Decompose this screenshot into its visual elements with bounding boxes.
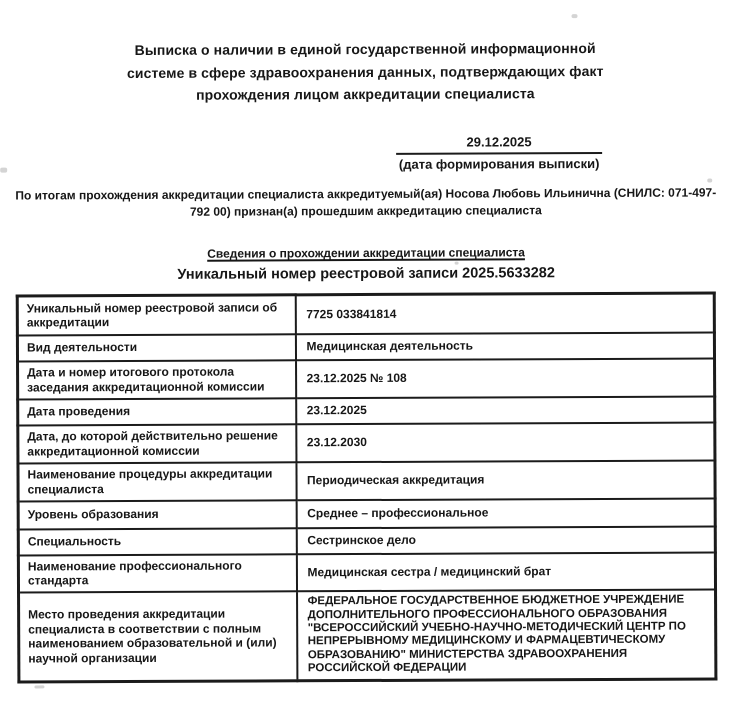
table-row: Дата и номер итогового протокола заседан… [18, 358, 715, 399]
scan-speck [0, 168, 7, 173]
row-value: Медицинская сестра / медицинский брат [296, 552, 715, 591]
extract-date: 29.12.2025 [396, 134, 602, 155]
accreditation-table: Уникальный номер реестровой записи об ак… [16, 291, 718, 683]
row-value: 23.12.2030 [296, 422, 715, 462]
scanned-document-page: Выписка о наличии в единой государственн… [0, 0, 733, 713]
extract-date-block: 29.12.2025 (дата формирования выписки) [396, 134, 602, 173]
document-title-line: системе в сфере здравоохранения данных, … [0, 59, 732, 85]
extract-date-caption: (дата формирования выписки) [396, 154, 602, 173]
table-row: Уровень образования Среднее – профессион… [18, 498, 715, 529]
row-label: Наименование процедуры аккредитации спец… [18, 462, 296, 501]
document-title-line: прохождения лицом аккредитации специалис… [0, 81, 732, 107]
row-label: Наименование профессионального стандарта [18, 554, 296, 592]
scan-speck [455, 262, 459, 265]
row-value: Сестринское дело [296, 526, 715, 554]
document-sheet: Выписка о наличии в единой государственн… [0, 0, 733, 713]
row-label: Вид деятельности [17, 334, 295, 361]
row-label: Уникальный номер реестровой записи об ак… [17, 295, 295, 335]
row-value: Среднее – профессиональное [296, 498, 715, 528]
intro-paragraph: По итогам прохождения аккредитации специ… [0, 184, 732, 221]
table-row: Наименование процедуры аккредитации спец… [18, 460, 715, 501]
document-title: Выписка о наличии в единой государственн… [0, 36, 732, 107]
row-label: Уровень образования [18, 500, 296, 529]
section-heading: Сведения о прохождении аккредитации спец… [0, 244, 733, 261]
row-value: 7725 033841814 [295, 293, 714, 334]
table-row: Специальность Сестринское дело [18, 526, 715, 555]
intro-line: 792 00) признан(а) прошедшим аккредитаци… [0, 201, 732, 221]
intro-line: По итогам прохождения аккредитации специ… [0, 184, 732, 204]
table-row: Уникальный номер реестровой записи об ак… [17, 293, 714, 335]
scan-speck [34, 685, 44, 688]
scan-speck [707, 178, 712, 182]
row-label: Место проведения аккредитации специалист… [19, 591, 297, 682]
document-title-line: Выписка о наличии в единой государственн… [0, 36, 732, 62]
row-value: Периодическая аккредитация [296, 460, 715, 500]
row-value: ФЕДЕРАЛЬНОЕ ГОСУДАРСТВЕННОЕ БЮДЖЕТНОЕ УЧ… [297, 589, 716, 681]
row-label: Дата, до которой действительно решение а… [18, 424, 296, 463]
table-row: Место проведения аккредитации специалист… [19, 589, 716, 682]
row-value: 23.12.2025 [296, 396, 715, 424]
row-value: Медицинская деятельность [295, 332, 714, 360]
record-number-heading: Уникальный номер реестровой записи 2025.… [0, 263, 733, 285]
row-value: 23.12.2025 № 108 [296, 358, 715, 398]
table-row: Дата, до которой действительно решение а… [18, 422, 715, 463]
row-label: Специальность [18, 528, 296, 555]
table-row: Дата проведения 23.12.2025 [18, 396, 715, 425]
row-label: Дата проведения [18, 398, 296, 425]
table-row: Наименование профессионального стандарта… [18, 552, 715, 592]
table-row: Вид деятельности Медицинская деятельност… [17, 332, 714, 361]
row-label: Дата и номер итогового протокола заседан… [18, 360, 296, 399]
scan-speck [572, 14, 578, 18]
